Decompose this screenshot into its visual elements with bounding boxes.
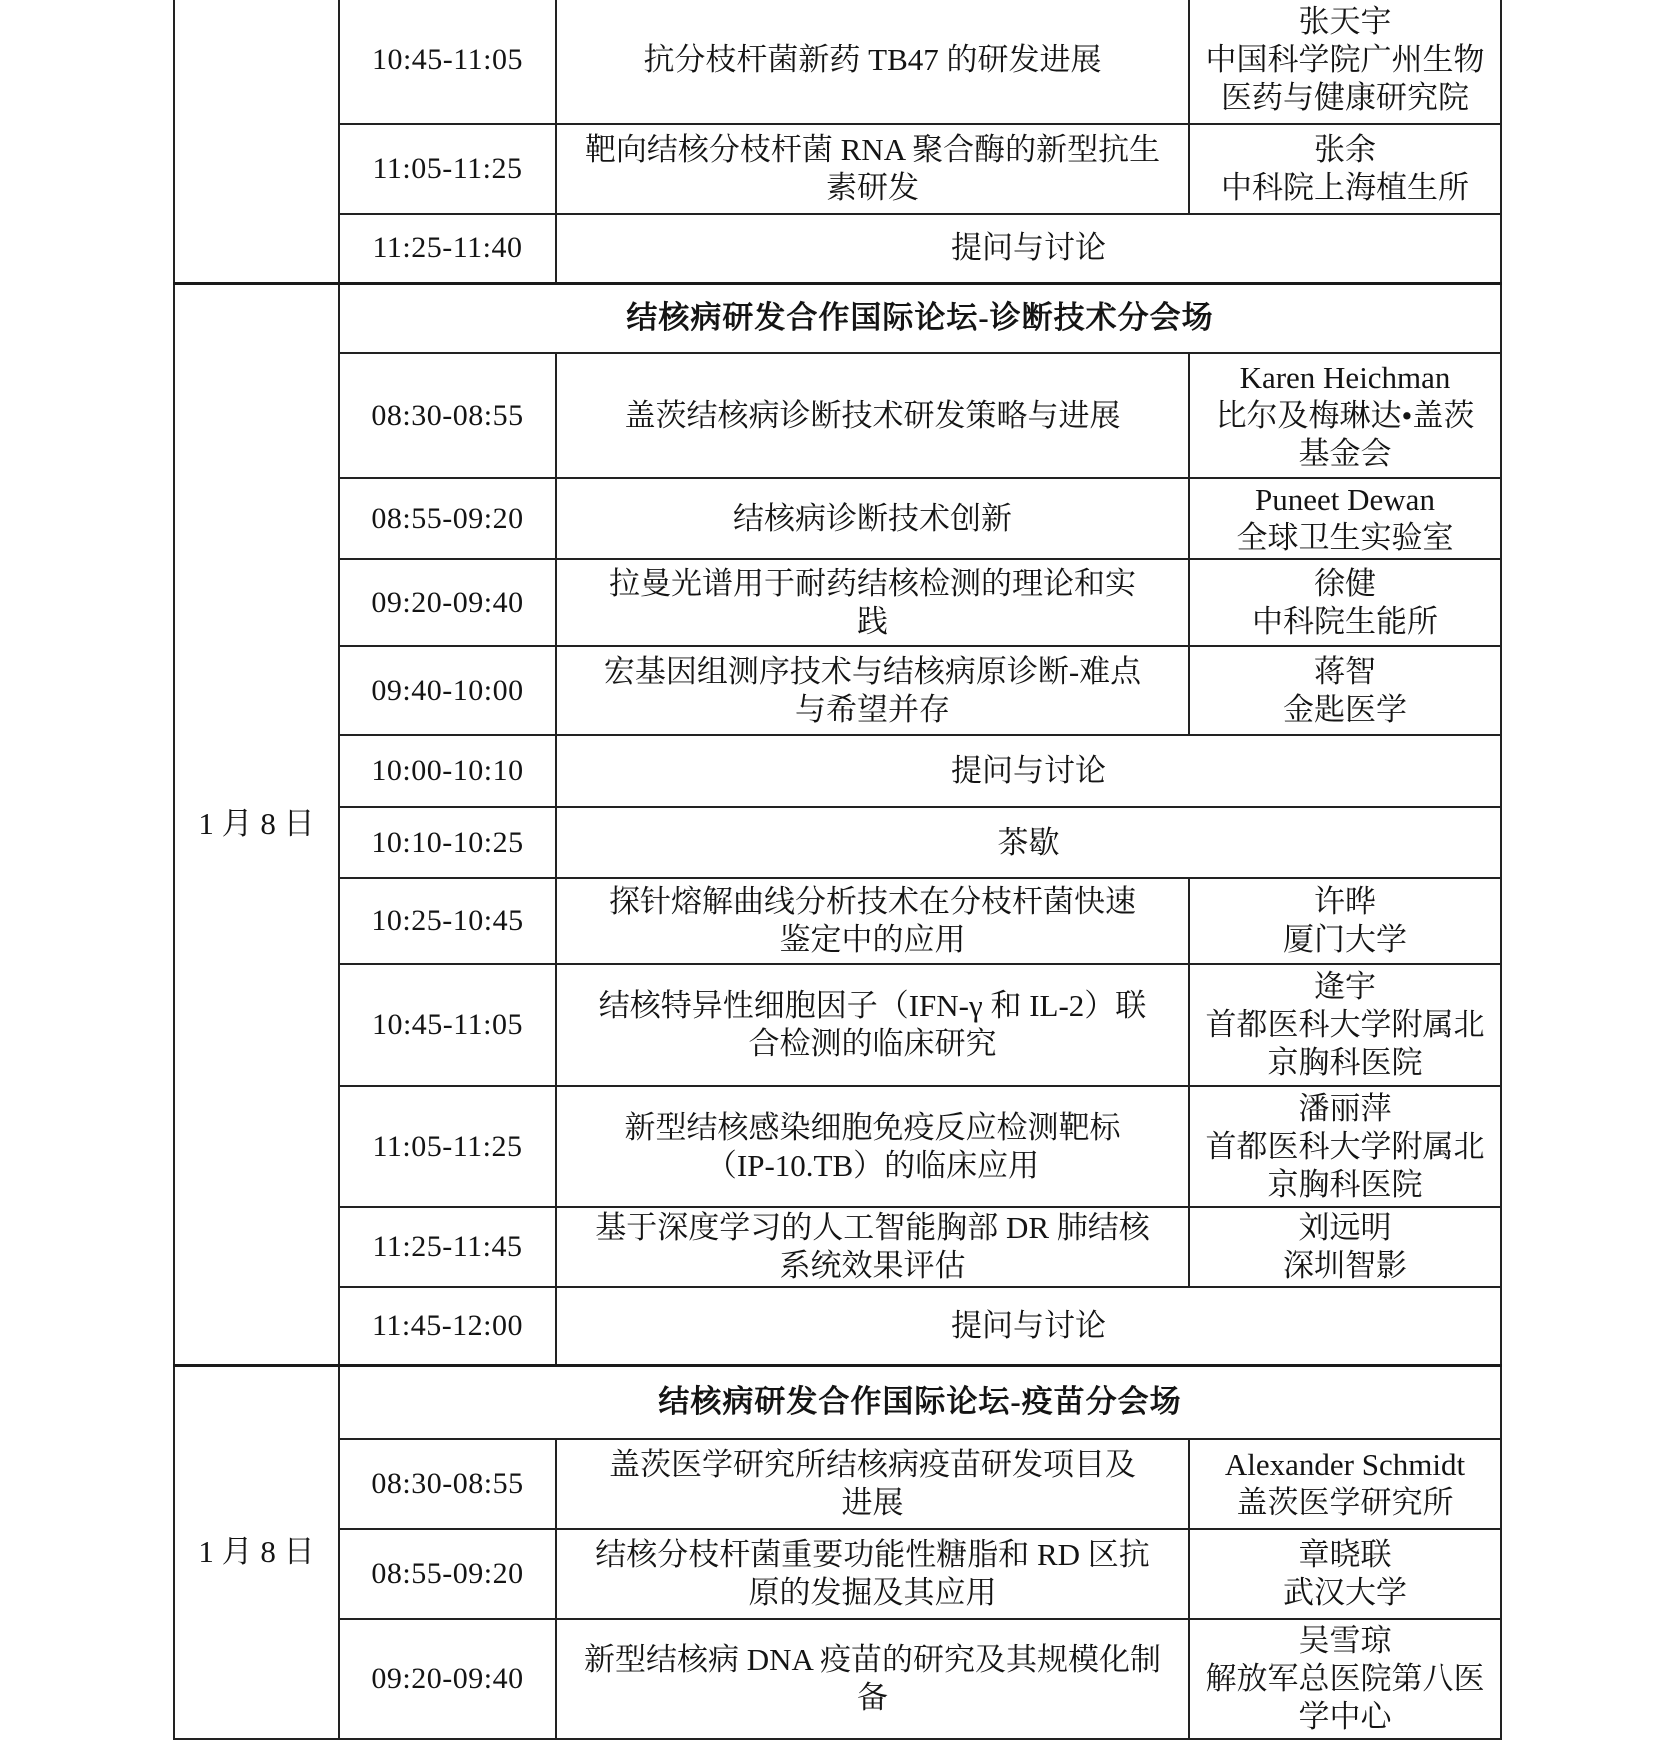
- table-row: 08:55-09:20 结核病诊断技术创新 Puneet Dewan 全球卫生实…: [174, 478, 1501, 559]
- table-row: 10:25-10:45 探针熔解曲线分析技术在分枝杆菌快速 鉴定中的应用 许晔 …: [174, 878, 1501, 964]
- date-cell: 1 月 8 日: [174, 283, 339, 1365]
- date-cell: [174, 0, 339, 283]
- speaker-cell: 张余 中科院上海植生所: [1189, 124, 1501, 214]
- time-cell: 11:25-11:45: [339, 1207, 556, 1287]
- time-cell: 09:40-10:00: [339, 646, 556, 735]
- time-cell: 08:55-09:20: [339, 1529, 556, 1619]
- table-row: 09:40-10:00 宏基因组测序技术与结核病原诊断-难点 与希望并存 蒋智 …: [174, 646, 1501, 735]
- section-header-row: 1 月 8 日 结核病研发合作国际论坛-诊断技术分会场: [174, 283, 1501, 353]
- speaker-cell: 许晔 厦门大学: [1189, 878, 1501, 964]
- time-cell: 10:10-10:25: [339, 807, 556, 878]
- topic-cell: 宏基因组测序技术与结核病原诊断-难点 与希望并存: [556, 646, 1189, 735]
- speaker-cell: 张天宇 中国科学院广州生物 医药与健康研究院: [1189, 0, 1501, 124]
- topic-cell: 基于深度学习的人工智能胸部 DR 肺结核 系统效果评估: [556, 1207, 1189, 1287]
- topic-cell: 新型结核感染细胞免疫反应检测靶标 （IP-10.TB）的临床应用: [556, 1086, 1189, 1207]
- table-row: 10:45-11:05 抗分枝杆菌新药 TB47 的研发进展 张天宇 中国科学院…: [174, 0, 1501, 124]
- topic-cell: 抗分枝杆菌新药 TB47 的研发进展: [556, 0, 1189, 124]
- topic-cell: 新型结核病 DNA 疫苗的研究及其规模化制 备: [556, 1619, 1189, 1739]
- time-cell: 08:55-09:20: [339, 478, 556, 559]
- table-row: 08:55-09:20 结核分枝杆菌重要功能性糖脂和 RD 区抗 原的发掘及其应…: [174, 1529, 1501, 1619]
- session-title: 结核病研发合作国际论坛-疫苗分会场: [339, 1365, 1501, 1439]
- table-row: 10:00-10:10 提问与讨论: [174, 735, 1501, 807]
- session-title: 结核病研发合作国际论坛-诊断技术分会场: [339, 283, 1501, 353]
- speaker-cell: 潘丽萍 首都医科大学附属北 京胸科医院: [1189, 1086, 1501, 1207]
- table-row: 10:10-10:25 茶歇: [174, 807, 1501, 878]
- speaker-cell: Karen Heichman 比尔及梅琳达•盖茨 基金会: [1189, 353, 1501, 478]
- speaker-cell: 章晓联 武汉大学: [1189, 1529, 1501, 1619]
- time-cell: 11:45-12:00: [339, 1287, 556, 1365]
- table-row: 11:45-12:00 提问与讨论: [174, 1287, 1501, 1365]
- topic-cell: 盖茨结核病诊断技术研发策略与进展: [556, 353, 1189, 478]
- topic-cell: 探针熔解曲线分析技术在分枝杆菌快速 鉴定中的应用: [556, 878, 1189, 964]
- speaker-cell: 吴雪琼 解放军总医院第八医 学中心: [1189, 1619, 1501, 1739]
- time-cell: 10:25-10:45: [339, 878, 556, 964]
- topic-cell: 结核特异性细胞因子（IFN-γ 和 IL-2）联 合检测的临床研究: [556, 964, 1189, 1086]
- time-cell: 10:45-11:05: [339, 964, 556, 1086]
- speaker-cell: 刘远明 深圳智影: [1189, 1207, 1501, 1287]
- table-row: 08:30-08:55 盖茨医学研究所结核病疫苗研发项目及 进展 Alexand…: [174, 1439, 1501, 1529]
- table-row: 08:30-08:55 盖茨结核病诊断技术研发策略与进展 Karen Heich…: [174, 353, 1501, 478]
- table-row: 09:20-09:40 拉曼光谱用于耐药结核检测的理论和实 践 徐健 中科院生能…: [174, 559, 1501, 646]
- time-cell: 10:45-11:05: [339, 0, 556, 124]
- time-cell: 08:30-08:55: [339, 1439, 556, 1529]
- discussion-cell: 提问与讨论: [556, 735, 1501, 807]
- table-row: 11:05-11:25 靶向结核分枝杆菌 RNA 聚合酶的新型抗生 素研发 张余…: [174, 124, 1501, 214]
- tea-break-cell: 茶歇: [556, 807, 1501, 878]
- speaker-cell: Puneet Dewan 全球卫生实验室: [1189, 478, 1501, 559]
- time-cell: 11:05-11:25: [339, 1086, 556, 1207]
- speaker-cell: Alexander Schmidt 盖茨医学研究所: [1189, 1439, 1501, 1529]
- time-cell: 08:30-08:55: [339, 353, 556, 478]
- agenda-table: 10:45-11:05 抗分枝杆菌新药 TB47 的研发进展 张天宇 中国科学院…: [173, 0, 1502, 1740]
- table-row: 11:25-11:45 基于深度学习的人工智能胸部 DR 肺结核 系统效果评估 …: [174, 1207, 1501, 1287]
- speaker-cell: 徐健 中科院生能所: [1189, 559, 1501, 646]
- table-row: 09:20-09:40 新型结核病 DNA 疫苗的研究及其规模化制 备 吴雪琼 …: [174, 1619, 1501, 1739]
- agenda-page: 10:45-11:05 抗分枝杆菌新药 TB47 的研发进展 张天宇 中国科学院…: [0, 0, 1653, 1746]
- time-cell: 09:20-09:40: [339, 559, 556, 646]
- time-cell: 10:00-10:10: [339, 735, 556, 807]
- time-cell: 11:05-11:25: [339, 124, 556, 214]
- speaker-cell: 蒋智 金匙医学: [1189, 646, 1501, 735]
- time-cell: 09:20-09:40: [339, 1619, 556, 1739]
- discussion-cell: 提问与讨论: [556, 1287, 1501, 1365]
- topic-cell: 结核病诊断技术创新: [556, 478, 1189, 559]
- date-cell: 1 月 8 日: [174, 1365, 339, 1739]
- discussion-cell: 提问与讨论: [556, 214, 1501, 283]
- table-row: 10:45-11:05 结核特异性细胞因子（IFN-γ 和 IL-2）联 合检测…: [174, 964, 1501, 1086]
- time-cell: 11:25-11:40: [339, 214, 556, 283]
- table-row: 11:25-11:40 提问与讨论: [174, 214, 1501, 283]
- speaker-cell: 逄宇 首都医科大学附属北 京胸科医院: [1189, 964, 1501, 1086]
- topic-cell: 结核分枝杆菌重要功能性糖脂和 RD 区抗 原的发掘及其应用: [556, 1529, 1189, 1619]
- topic-cell: 拉曼光谱用于耐药结核检测的理论和实 践: [556, 559, 1189, 646]
- section-header-row: 1 月 8 日 结核病研发合作国际论坛-疫苗分会场: [174, 1365, 1501, 1439]
- topic-cell: 盖茨医学研究所结核病疫苗研发项目及 进展: [556, 1439, 1189, 1529]
- table-row: 11:05-11:25 新型结核感染细胞免疫反应检测靶标 （IP-10.TB）的…: [174, 1086, 1501, 1207]
- topic-cell: 靶向结核分枝杆菌 RNA 聚合酶的新型抗生 素研发: [556, 124, 1189, 214]
